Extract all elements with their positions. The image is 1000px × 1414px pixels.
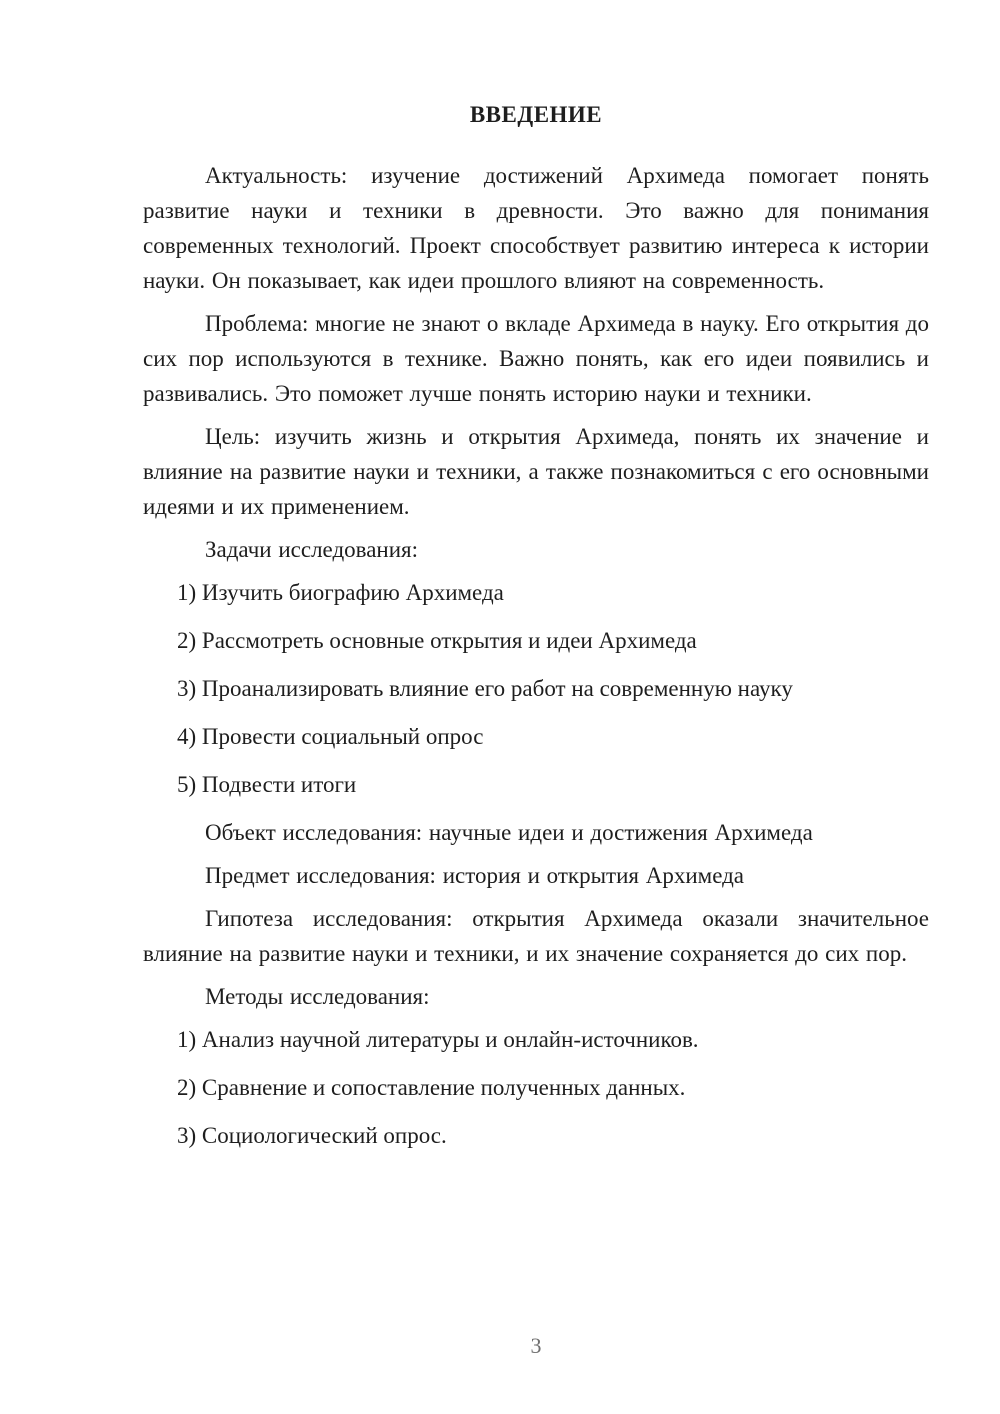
paragraph: Проблема: многие не знают о вкладе Архим… — [143, 306, 929, 411]
list-item: 4) Провести социальный опрос — [143, 719, 929, 754]
page-title: ВВЕДЕНИЕ — [143, 97, 929, 132]
paragraph: Объект исследования: научные идеи и дост… — [143, 815, 929, 850]
document-page: ВВЕДЕНИЕ Актуальность: изучение достижен… — [0, 0, 1000, 1414]
list-item: 1) Изучить биографию Архимеда — [143, 575, 929, 610]
paragraph: Методы исследования: — [143, 979, 929, 1014]
list-item: 3) Социологический опрос. — [143, 1118, 929, 1153]
list-item: 5) Подвести итоги — [143, 767, 929, 802]
paragraph: Актуальность: изучение достижений Архиме… — [143, 158, 929, 298]
document-body: Актуальность: изучение достижений Архиме… — [143, 158, 929, 1153]
paragraph: Гипотеза исследования: открытия Архимеда… — [143, 901, 929, 971]
list-item: 1) Анализ научной литературы и онлайн-ис… — [143, 1022, 929, 1057]
page-number: 3 — [143, 1330, 929, 1362]
paragraph: Задачи исследования: — [143, 532, 929, 567]
paragraph: Цель: изучить жизнь и открытия Архимеда,… — [143, 419, 929, 524]
list-item: 2) Сравнение и сопоставление полученных … — [143, 1070, 929, 1105]
paragraph: Предмет исследования: история и открытия… — [143, 858, 929, 893]
list-item: 2) Рассмотреть основные открытия и идеи … — [143, 623, 929, 658]
document-content: ВВЕДЕНИЕ Актуальность: изучение достижен… — [143, 97, 929, 1166]
list-item: 3) Проанализировать влияние его работ на… — [143, 671, 929, 706]
